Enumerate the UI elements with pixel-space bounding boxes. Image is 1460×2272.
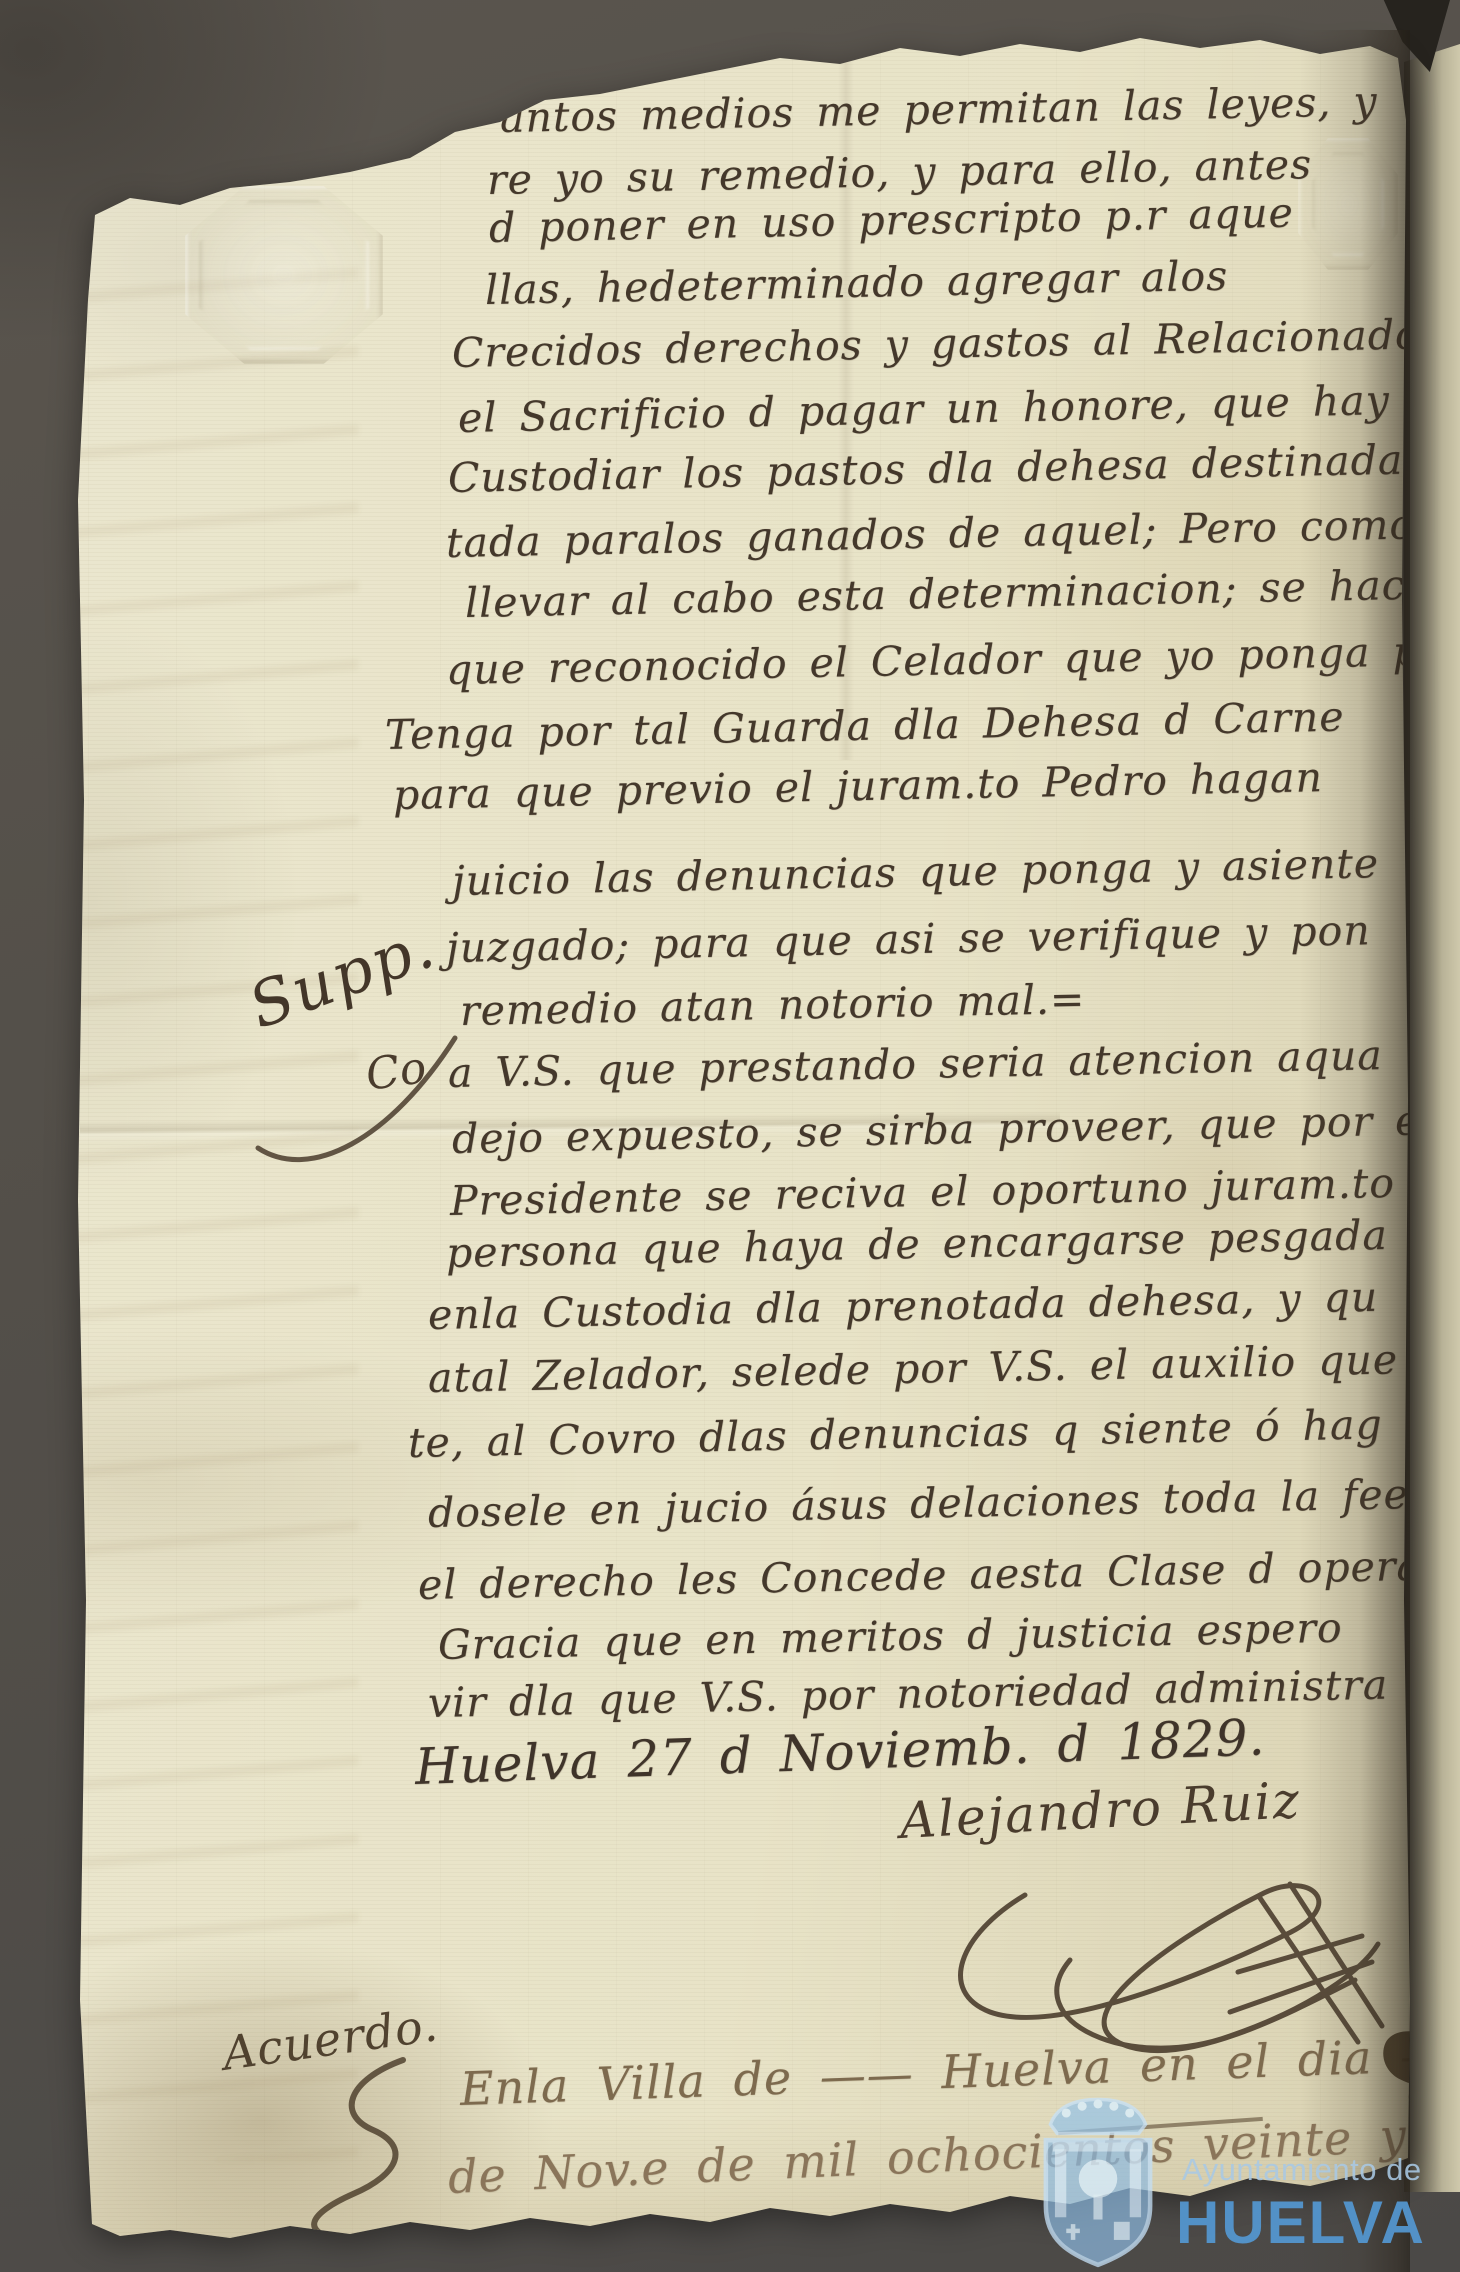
supplico-flourish — [240, 1020, 480, 1190]
paper-wrap: antos medios me permitan las leyes, y re… — [0, 0, 1460, 2272]
embossed-seal-right — [1298, 138, 1398, 270]
watermark-text-line2: HUELVA — [1176, 2188, 1426, 2257]
embossed-seal-ring — [199, 200, 369, 350]
huelva-crest-icon — [1030, 2090, 1166, 2272]
huelva-watermark: Ayuntamiento de HUELVA — [1030, 2090, 1450, 2272]
acuerdo-brace-flourish — [278, 2052, 458, 2247]
manuscript-page: antos medios me permitan las leyes, y re… — [0, 0, 1460, 2272]
watermark-text-line1: Ayuntamiento de — [1182, 2152, 1422, 2188]
archive-scan: antos medios me permitan las leyes, y re… — [0, 0, 1460, 2272]
verso-bleed-through — [58, 260, 358, 2160]
embossed-seal-ring — [1312, 152, 1384, 256]
embossed-seal — [185, 186, 383, 364]
